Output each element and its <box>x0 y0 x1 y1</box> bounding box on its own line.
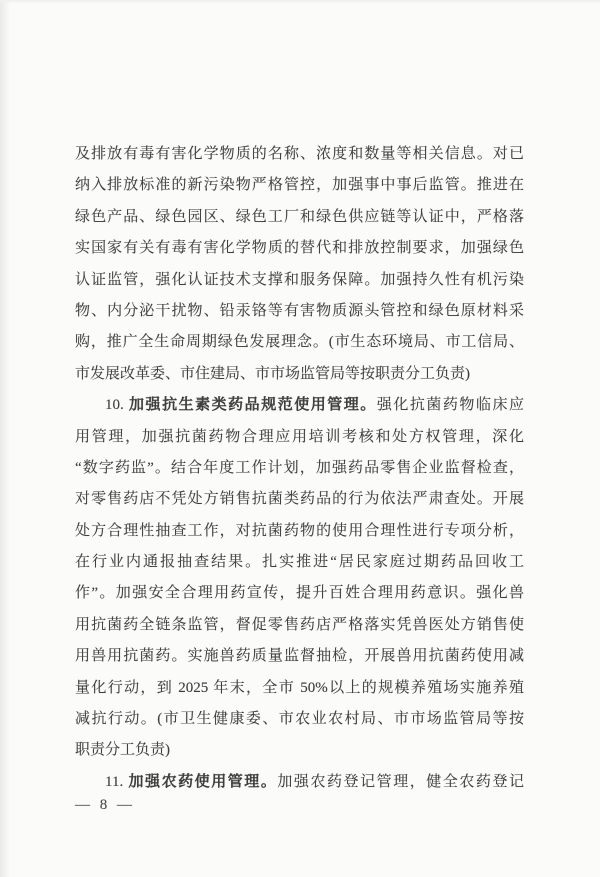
text-line: 职责分工负责) <box>75 735 524 766</box>
text-line: 10. 加强抗生素类药品规范使用管理。强化抗菌药物临床应 <box>75 390 524 421</box>
body-text: 物、内分泌干扰物、铅汞铬等有害物质源头管控和绿色原材料采 <box>75 303 524 319</box>
text-line: 市发展改革委、市住建局、市市场监管局等按职责分工负责) <box>75 359 524 390</box>
text-line: 作”。加强安全合理用药宣传，提升百姓合理用药意识。强化兽 <box>75 578 524 609</box>
scanned-document-page: { "document": { "page_number_label": "— … <box>0 0 600 877</box>
text-line: 纳入排放标准的新污染物严格管控，加强事中事后监管。推进在 <box>75 170 524 201</box>
body-text: 用抗菌药全链条监管，督促零售药店严格落实凭兽医处方销售使 <box>75 617 524 633</box>
body-text: 用管理，加强抗菌药物合理应用培训考核和处方权管理，深化 <box>75 429 524 445</box>
text-line: 处方合理性抽查工作，对抗菌药物的使用合理性进行专项分析， <box>75 516 524 547</box>
text-line: 物、内分泌干扰物、铅汞铬等有害物质源头管控和绿色原材料采 <box>75 296 524 327</box>
body-text: 量化行动，到 2025 年末，全市 50%以上的规模养殖场实施养殖 <box>75 680 524 696</box>
text-line: 用管理，加强抗菌药物合理应用培训考核和处方权管理，深化 <box>75 422 524 453</box>
text-line: 认证监管，强化认证技术支撑和服务保障。加强持久性有机污染 <box>75 265 524 296</box>
body-text: 纳入排放标准的新污染物严格管控，加强事中事后监管。推进在 <box>75 177 524 193</box>
item-title-text: 加强农药使用管理。 <box>129 774 278 790</box>
body-text: 加强农药登记管理，健全农药登记 <box>277 774 524 790</box>
para-item-10-antibiotic-drug-management: 10. 加强抗生素类药品规范使用管理。强化抗菌药物临床应用管理，加强抗菌药物合理… <box>75 390 524 767</box>
text-line: 减抗行动。(市卫生健康委、市农业农村局、市市场监管局等按 <box>75 704 524 735</box>
body-text: “数字药监”。结合年度工作计划，加强药品零售企业监督检查， <box>75 460 524 476</box>
text-line: 实国家有关有毒有害化学物质的替代和排放控制要求，加强绿色 <box>75 233 524 264</box>
item-title-text: 加强抗生素类药品规范使用管理。 <box>129 397 377 413</box>
body-text: 11. <box>105 774 129 790</box>
para-new-pollutant-control: 及排放有毒有害化学物质的名称、浓度和数量等相关信息。对已纳入排放标准的新污染物严… <box>75 139 524 390</box>
body-text: 在行业内通报抽查结果。扎实推进“居民家庭过期药品回收工 <box>75 554 524 570</box>
body-text: 绿色产品、绿色园区、绿色工厂和绿色供应链等认证中，严格落 <box>75 209 524 225</box>
text-line: 及排放有毒有害化学物质的名称、浓度和数量等相关信息。对已 <box>75 139 524 170</box>
text-line: 绿色产品、绿色园区、绿色工厂和绿色供应链等认证中，严格落 <box>75 202 524 233</box>
body-text: 及排放有毒有害化学物质的名称、浓度和数量等相关信息。对已 <box>75 146 524 162</box>
text-line: 购，推广全生命周期绿色发展理念。(市生态环境局、市工信局、 <box>75 327 524 358</box>
body-text: 对零售药店不凭处方销售抗菌类药品的行为依法严肃查处。开展 <box>75 491 524 507</box>
body-text: 认证监管，强化认证技术支撑和服务保障。加强持久性有机污染 <box>75 272 524 288</box>
page-number: — 8 — <box>75 795 135 815</box>
body-text: 减抗行动。(市卫生健康委、市农业农村局、市市场监管局等按 <box>75 711 524 727</box>
body-text: 10. <box>105 397 129 413</box>
body-text: 作”。加强安全合理用药宣传，提升百姓合理用药意识。强化兽 <box>75 585 524 601</box>
body-text: 用兽用抗菌药。实施兽药质量监督抽检，开展兽用抗菌药使用减 <box>75 648 524 664</box>
body-text: 职责分工负责) <box>75 742 170 758</box>
body-text: 强化抗菌药物临床应 <box>377 397 524 413</box>
body-text: 市发展改革委、市住建局、市市场监管局等按职责分工负责) <box>75 366 470 382</box>
body-text: 实国家有关有毒有害化学物质的替代和排放控制要求，加强绿色 <box>75 240 524 256</box>
text-line: 11. 加强农药使用管理。加强农药登记管理，健全农药登记 <box>75 767 524 798</box>
para-item-11-pesticide-management: 11. 加强农药使用管理。加强农药登记管理，健全农药登记 <box>75 767 524 798</box>
text-line: “数字药监”。结合年度工作计划，加强药品零售企业监督检查， <box>75 453 524 484</box>
body-text: 处方合理性抽查工作，对抗菌药物的使用合理性进行专项分析， <box>75 523 524 539</box>
text-line: 量化行动，到 2025 年末，全市 50%以上的规模养殖场实施养殖 <box>75 673 524 704</box>
text-line: 在行业内通报抽查结果。扎实推进“居民家庭过期药品回收工 <box>75 547 524 578</box>
text-line: 用兽用抗菌药。实施兽药质量监督抽检，开展兽用抗菌药使用减 <box>75 641 524 672</box>
scan-left-edge-shadow <box>0 0 10 877</box>
document-body-text: 及排放有毒有害化学物质的名称、浓度和数量等相关信息。对已纳入排放标准的新污染物严… <box>75 139 524 798</box>
scan-top-edge-shadow <box>0 0 600 4</box>
body-text: 购，推广全生命周期绿色发展理念。(市生态环境局、市工信局、 <box>75 334 524 350</box>
text-line: 用抗菌药全链条监管，督促零售药店严格落实凭兽医处方销售使 <box>75 610 524 641</box>
text-line: 对零售药店不凭处方销售抗菌类药品的行为依法严肃查处。开展 <box>75 484 524 515</box>
